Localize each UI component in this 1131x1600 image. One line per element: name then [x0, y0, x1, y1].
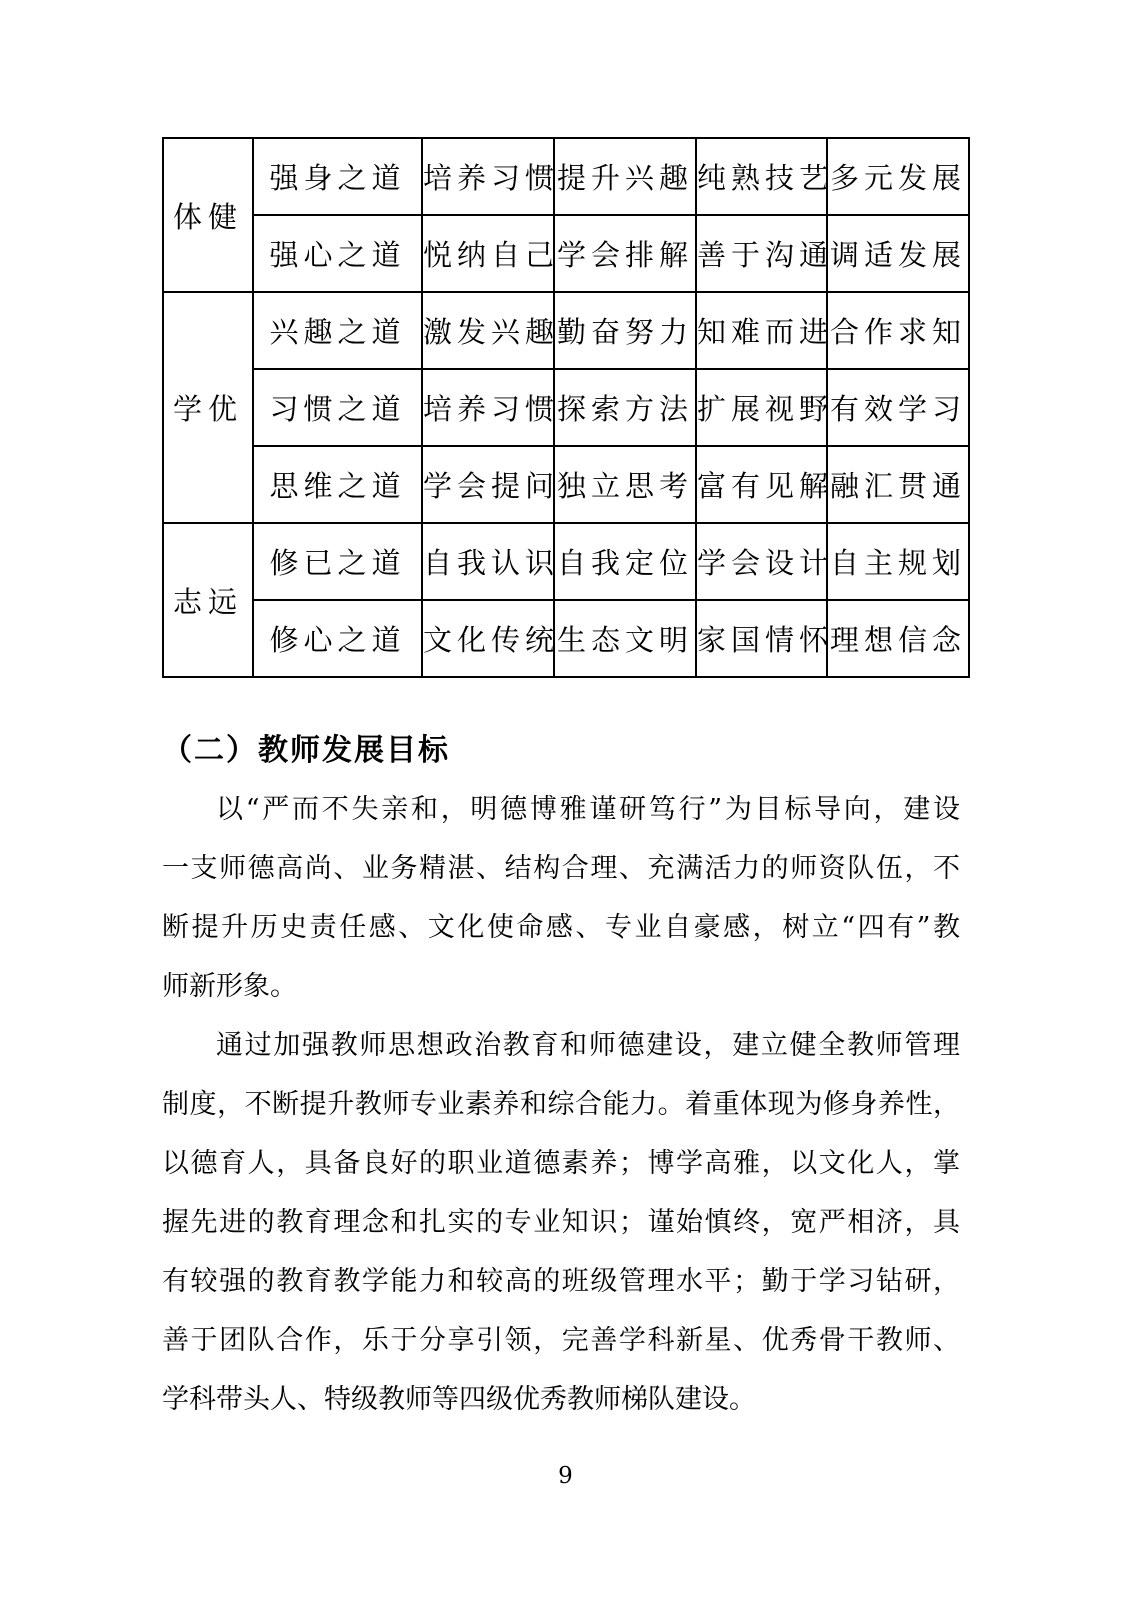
table-row: 修心之道 文化传统 生态文明 家国情怀 理想信念: [163, 600, 969, 677]
table-cell: 多元发展: [827, 138, 969, 215]
table-row: 强心之道 悦纳自己 学会排解 善于沟通 调适发展: [163, 215, 969, 292]
text-line: 学科带头人、特级教师等四级优秀教师梯队建设。: [162, 1370, 960, 1429]
table-row: 学优 兴趣之道 激发兴趣 勤奋努力 知难而进 合作求知: [163, 292, 969, 369]
table-row: 习惯之道 培养习惯 探索方法 扩展视野 有效学习: [163, 369, 969, 446]
table-cell: 有效学习: [827, 369, 969, 446]
text-line: 通过加强教师思想政治教育和师德建设，建立健全教师管理: [162, 1016, 960, 1075]
table-cell: 富有见解: [696, 446, 827, 523]
table-cell: 理想信念: [827, 600, 969, 677]
table-cell: 修已之道: [253, 523, 422, 600]
table-group-label: 体健: [163, 138, 253, 292]
table-cell: 生态文明: [554, 600, 696, 677]
table-row: 思维之道 学会提问 独立思考 富有见解 融汇贯通: [163, 446, 969, 523]
table-cell: 知难而进: [696, 292, 827, 369]
development-goals-table: 体健 强身之道 培养习惯 提升兴趣 纯熟技艺 多元发展 强心之道 悦纳自己 学会…: [162, 137, 970, 678]
page-number: 9: [0, 1460, 1131, 1492]
table-cell: 提升兴趣: [554, 138, 696, 215]
table-cell: 勤奋努力: [554, 292, 696, 369]
table-cell: 自主规划: [827, 523, 969, 600]
table-cell: 独立思考: [554, 446, 696, 523]
table-cell: 强心之道: [253, 215, 422, 292]
table-cell: 强身之道: [253, 138, 422, 215]
table-cell: 善于沟通: [696, 215, 827, 292]
text-line: 师新形象。: [162, 957, 960, 1016]
text-line: 有较强的教育教学能力和较高的班级管理水平；勤于学习钻研，: [162, 1252, 960, 1311]
section-heading: （二）教师发展目标: [162, 721, 960, 780]
table-cell: 学会提问: [422, 446, 554, 523]
table-cell: 思维之道: [253, 446, 422, 523]
table-cell: 学会设计: [696, 523, 827, 600]
table-cell: 兴趣之道: [253, 292, 422, 369]
table-cell: 悦纳自己: [422, 215, 554, 292]
table-row: 志远 修已之道 自我认识 自我定位 学会设计 自主规划: [163, 523, 969, 600]
table-cell: 家国情怀: [696, 600, 827, 677]
table-cell: 学会排解: [554, 215, 696, 292]
table-cell: 培养习惯: [422, 369, 554, 446]
table-cell: 纯熟技艺: [696, 138, 827, 215]
table-cell: 修心之道: [253, 600, 422, 677]
table-cell: 文化传统: [422, 600, 554, 677]
table-row: 体健 强身之道 培养习惯 提升兴趣 纯熟技艺 多元发展: [163, 138, 969, 215]
table-cell: 融汇贯通: [827, 446, 969, 523]
document-page: 体健 强身之道 培养习惯 提升兴趣 纯熟技艺 多元发展 强心之道 悦纳自己 学会…: [0, 0, 1131, 1600]
table-cell: 合作求知: [827, 292, 969, 369]
table-cell: 激发兴趣: [422, 292, 554, 369]
table-group-label: 学优: [163, 292, 253, 523]
table-cell: 调适发展: [827, 215, 969, 292]
text-line: 一支师德高尚、业务精湛、结构合理、充满活力的师资队伍，不: [162, 839, 960, 898]
text-line: 制度，不断提升教师专业素养和综合能力。着重体现为修身养性，: [162, 1075, 960, 1134]
table-cell: 自我定位: [554, 523, 696, 600]
table-cell: 习惯之道: [253, 369, 422, 446]
table-cell: 培养习惯: [422, 138, 554, 215]
text-line: 握先进的教育理念和扎实的专业知识；谨始慎终，宽严相济，具: [162, 1193, 960, 1252]
text-line: 善于团队合作，乐于分享引领，完善学科新星、优秀骨干教师、: [162, 1311, 960, 1370]
section-body: 以“严而不失亲和，明德博雅谨研笃行”为目标导向，建设 一支师德高尚、业务精湛、结…: [162, 780, 960, 1429]
text-line: 以“严而不失亲和，明德博雅谨研笃行”为目标导向，建设: [162, 780, 960, 839]
table-cell: 探索方法: [554, 369, 696, 446]
table-cell: 自我认识: [422, 523, 554, 600]
text-line: 以德育人，具备良好的职业道德素养；博学高雅，以文化人，掌: [162, 1134, 960, 1193]
table-cell: 扩展视野: [696, 369, 827, 446]
table-group-label: 志远: [163, 523, 253, 677]
text-line: 断提升历史责任感、文化使命感、专业自豪感，树立“四有”教: [162, 898, 960, 957]
